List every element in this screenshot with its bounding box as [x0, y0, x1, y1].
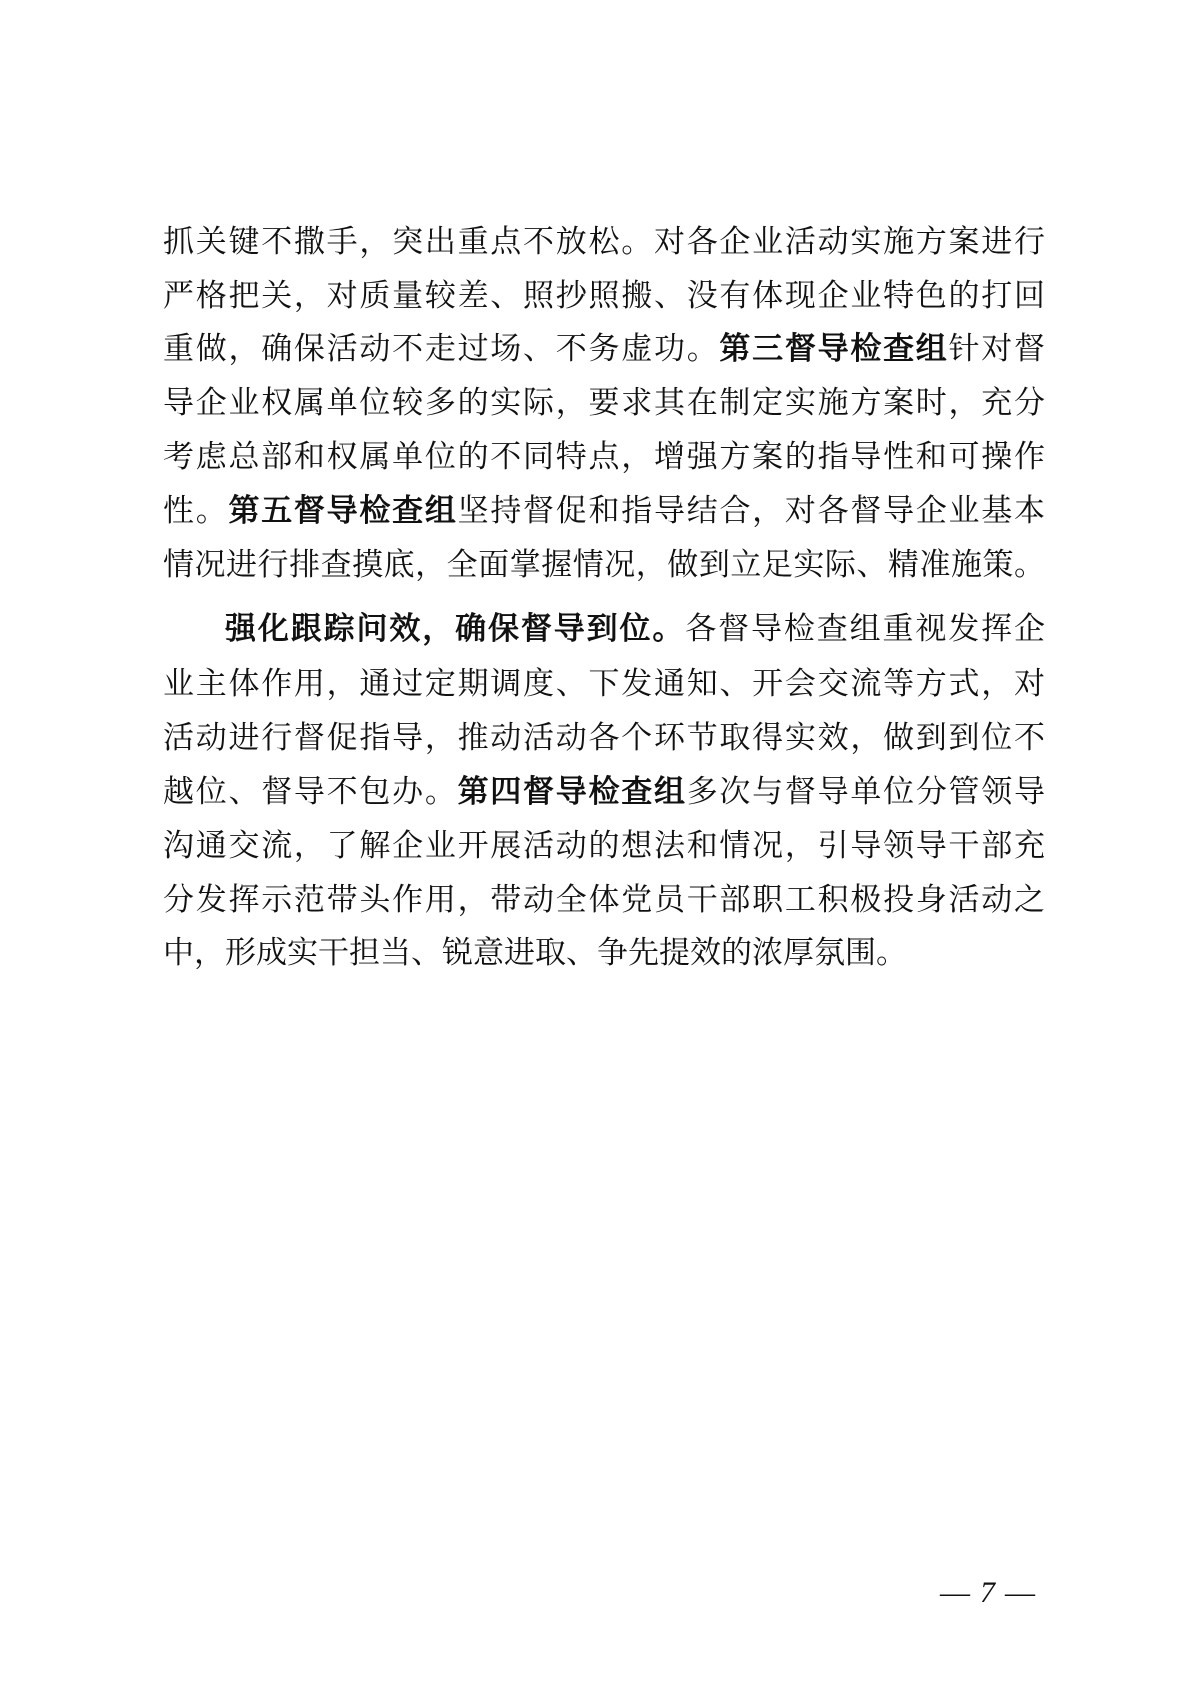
text-run: 导企业权属单位较多的实际，要求其在制定实施方案时，充分: [163, 385, 1045, 421]
body-line: 越位、督导不包办。第四督导检查组多次与督导单位分管领导: [163, 772, 1045, 812]
body-line: 抓关键不撒手，突出重点不放松。对各企业活动实施方案进行: [163, 222, 1045, 262]
text-run: 中，形成实干担当、锐意进取、争先提效的浓厚氛围。: [163, 935, 907, 971]
text-run: 各督导检查组重视发挥企: [685, 611, 1045, 647]
paragraph-heading: 强化跟踪问效，确保督导到位。: [225, 611, 685, 647]
text-run: 性。: [163, 493, 228, 529]
text-run: 沟通交流，了解企业开展活动的想法和情况，引导领导干部充: [163, 828, 1045, 864]
body-line: 业主体作用，通过定期调度、下发通知、开会交流等方式，对: [163, 664, 1045, 704]
body-line-indented: 强化跟踪问效，确保督导到位。各督导检查组重视发挥企: [225, 609, 1045, 649]
highlight-group-name: 第三督导检查组: [719, 331, 948, 367]
highlight-group-name: 第四督导检查组: [458, 774, 687, 810]
body-line: 情况进行排查摸底，全面掌握情况，做到立足实际、精准施策。: [163, 545, 1045, 585]
text-run: 重做，确保活动不走过场、不务虚功。: [163, 331, 719, 367]
text-run: 情况进行排查摸底，全面掌握情况，做到立足实际、精准施策。: [163, 547, 1045, 583]
body-line: 重做，确保活动不走过场、不务虚功。第三督导检查组针对督: [163, 329, 1045, 369]
document-page: 抓关键不撒手，突出重点不放松。对各企业活动实施方案进行 严格把关，对质量较差、照…: [0, 0, 1200, 1697]
body-line: 性。第五督导检查组坚持督促和指导结合，对各督导企业基本: [163, 491, 1045, 531]
text-run: 业主体作用，通过定期调度、下发通知、开会交流等方式，对: [163, 666, 1045, 702]
body-line: 沟通交流，了解企业开展活动的想法和情况，引导领导干部充: [163, 826, 1045, 866]
body-line: 分发挥示范带头作用，带动全体党员干部职工积极投身活动之: [163, 880, 1045, 920]
body-line: 活动进行督促指导，推动活动各个环节取得实效，做到到位不: [163, 718, 1045, 758]
body-line: 中，形成实干担当、锐意进取、争先提效的浓厚氛围。: [163, 933, 1045, 973]
text-run: 抓关键不撒手，突出重点不放松。对各企业活动实施方案进行: [163, 224, 1045, 260]
text-run: 严格把关，对质量较差、照抄照搬、没有体现企业特色的打回: [163, 278, 1045, 314]
page-number-value: 7: [980, 1576, 995, 1609]
text-run: 多次与督导单位分管领导: [687, 774, 1045, 810]
page-number-dash-left: —: [940, 1576, 970, 1609]
text-run: 坚持督促和指导结合，对各督导企业基本: [458, 493, 1045, 529]
text-run: 越位、督导不包办。: [163, 774, 458, 810]
highlight-group-name: 第五督导检查组: [228, 493, 457, 529]
page-number-dash-right: —: [1005, 1576, 1035, 1609]
text-run: 针对督: [949, 331, 1045, 367]
text-run: 活动进行督促指导，推动活动各个环节取得实效，做到到位不: [163, 720, 1045, 756]
text-run: 分发挥示范带头作用，带动全体党员干部职工积极投身活动之: [163, 882, 1045, 918]
body-line: 考虑总部和权属单位的不同特点，增强方案的指导性和可操作: [163, 437, 1045, 477]
body-line: 严格把关，对质量较差、照抄照搬、没有体现企业特色的打回: [163, 276, 1045, 316]
body-line: 导企业权属单位较多的实际，要求其在制定实施方案时，充分: [163, 383, 1045, 423]
page-number: —7—: [940, 1575, 1035, 1611]
text-run: 考虑总部和权属单位的不同特点，增强方案的指导性和可操作: [163, 439, 1045, 475]
